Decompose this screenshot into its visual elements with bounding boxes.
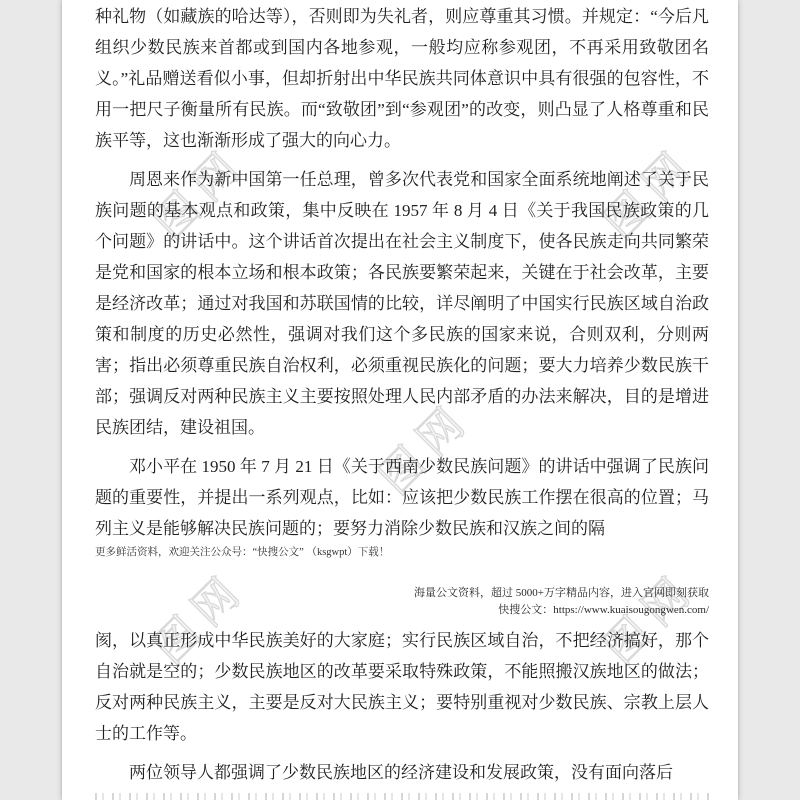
clipped-line-fragment: [95, 793, 709, 800]
page1-footer-note: 更多鲜活资料，欢迎关注公众号：“快搜公文” （ksgwpt）下载！: [95, 546, 709, 559]
page2-header-promo-line: 海量公文资料，超过 5000+万字精品内容，进入官网即刻获取: [95, 585, 709, 602]
document-page: 图网图网图网图网图网图网 种礼物（如藏族的哈达等），否则即为失礼者，则应尊重其习…: [62, 0, 738, 800]
paragraph-zhou-enlai-policy: 周恩来作为新中国第一任总理，曾多次代表党和国家全面系统地阐述了关于民族问题的基本…: [95, 164, 709, 443]
page2-header-site-link[interactable]: 快搜公文：https://www.kuaisougongwen.com/: [95, 602, 709, 619]
page2-header: 海量公文资料，超过 5000+万字精品内容，进入官网即刻获取 快搜公文：http…: [95, 585, 709, 619]
paragraph-gift-etiquette: 种礼物（如藏族的哈达等），否则即为失礼者，则应尊重其习惯。并规定：“今后凡组织少…: [95, 1, 709, 156]
paragraph-two-leaders: 两位领导人都强调了少数民族地区的经济建设和发展政策，没有面向落后: [95, 757, 709, 788]
paragraph-deng-xiaoping-speech: 邓小平在 1950 年 7 月 21 日《关于西南少数民族问题》的讲话中强调了民…: [95, 451, 709, 544]
paragraph-unity-continued: 阂，以真正形成中华民族美好的大家庭；实行民族区域自治，不把经济搞好，那个自治就是…: [95, 625, 709, 749]
document-preview-canvas: 图网图网图网图网图网图网 种礼物（如藏族的哈达等），否则即为失礼者，则应尊重其习…: [0, 0, 800, 800]
document-content: 种礼物（如藏族的哈达等），否则即为失礼者，则应尊重其习惯。并规定：“今后凡组织少…: [62, 0, 738, 788]
